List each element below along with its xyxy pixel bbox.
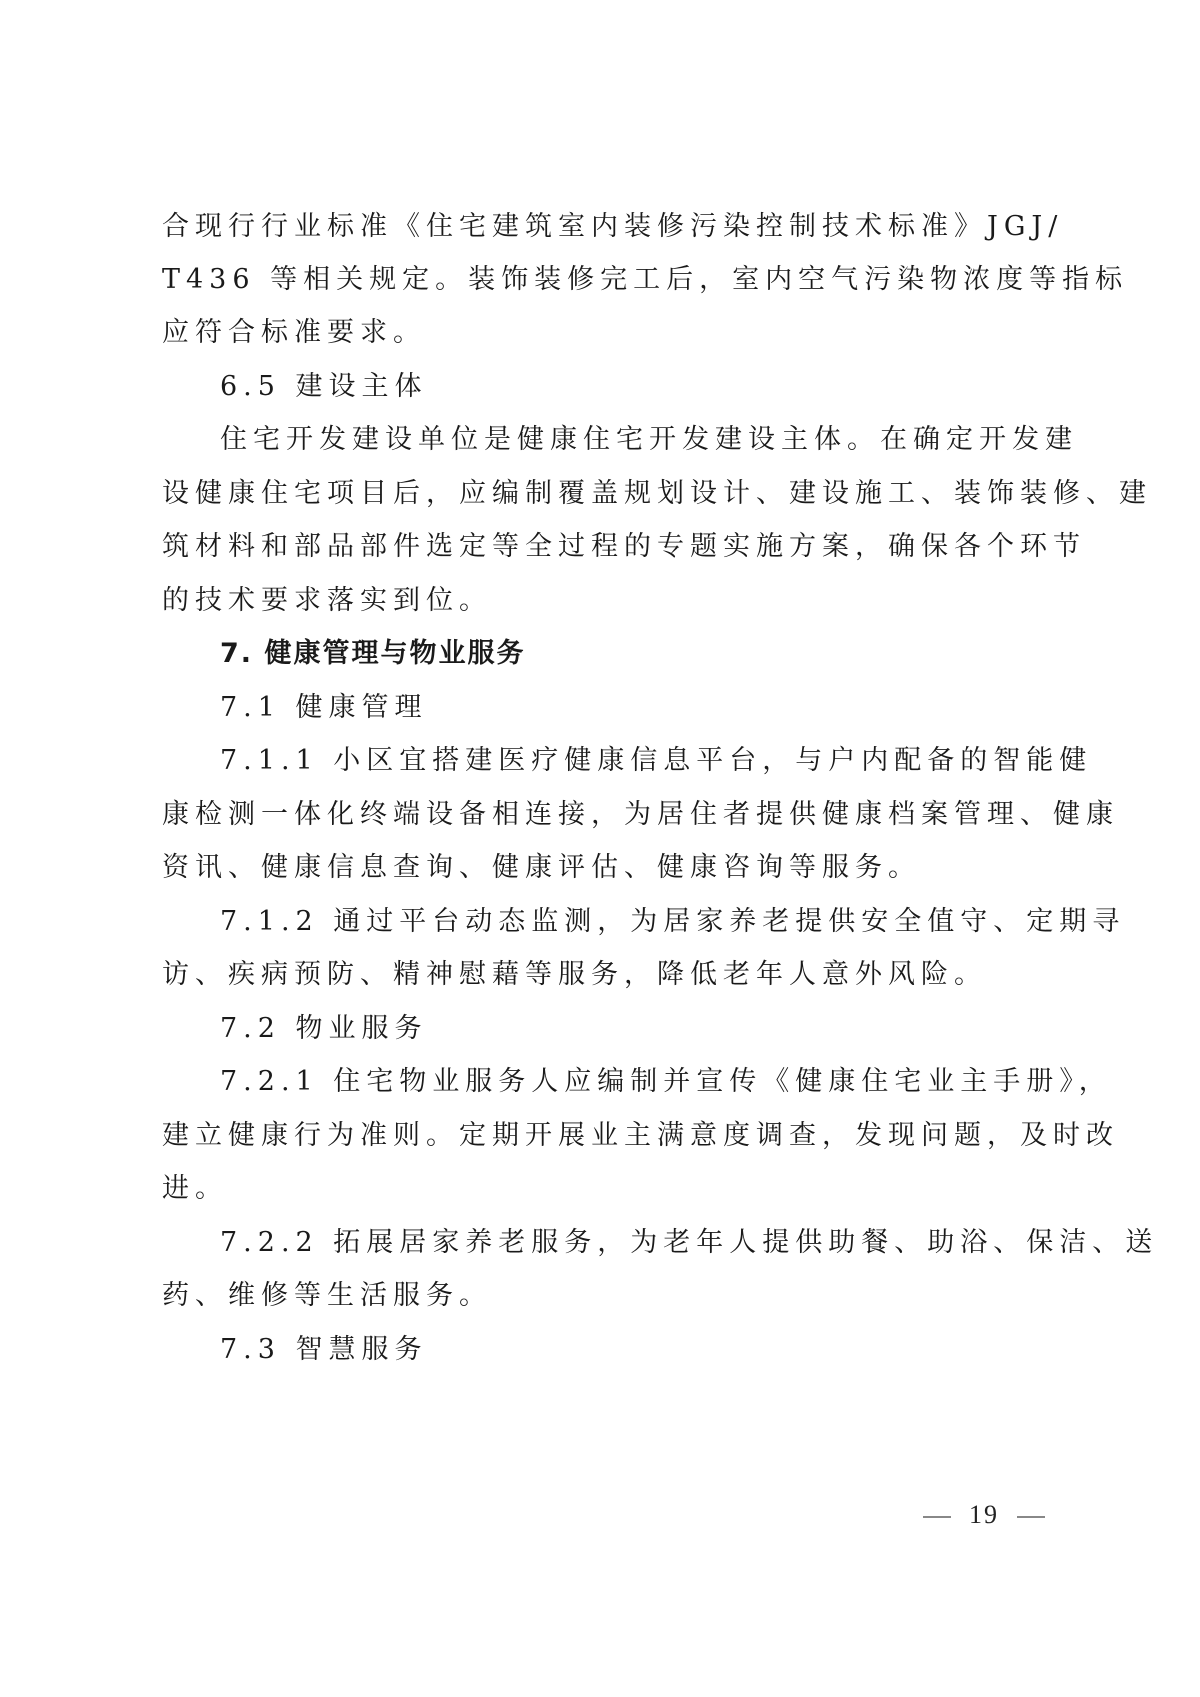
section-heading-7-2: 7.2 物业服务: [220, 1009, 428, 1049]
chapter-heading-7: 7. 健康管理与物业服务: [220, 634, 525, 674]
body-text-line: 建立健康行为准则。定期开展业主满意度调查，发现问题，及时改: [162, 1116, 1119, 1156]
body-text-line: 设健康住宅项目后，应编制覆盖规划设计、建设施工、装饰装修、建: [162, 474, 1152, 514]
page-number: 19: [969, 1500, 999, 1529]
dash-left: [923, 1516, 951, 1518]
body-text-line: 应符合标准要求。: [162, 313, 426, 353]
body-text-line: T436 等相关规定。装饰装修完工后，室内空气污染物浓度等指标: [162, 260, 1128, 300]
body-text-line: 合现行行业标准《住宅建筑室内装修污染控制技术标准》JGJ/: [162, 207, 1063, 247]
section-heading-7-1: 7.1 健康管理: [220, 688, 428, 728]
body-text-line: 住宅开发建设单位是健康住宅开发建设主体。在确定开发建: [220, 420, 1078, 460]
section-heading-7-3: 7.3 智慧服务: [220, 1330, 428, 1370]
body-text-line: 进。: [162, 1169, 228, 1209]
body-text-line: 访、疾病预防、精神慰藉等服务，降低老年人意外风险。: [162, 955, 987, 995]
body-text-line: 资讯、健康信息查询、健康评估、健康咨询等服务。: [162, 848, 921, 888]
body-text-line: 药、维修等生活服务。: [162, 1276, 492, 1316]
page-footer: 19: [905, 1500, 1063, 1530]
dash-right: [1017, 1516, 1045, 1518]
body-text-line: 康检测一体化终端设备相连接，为居住者提供健康档案管理、健康: [162, 795, 1119, 835]
body-text-line: 7.1.1 小区宜搭建医疗健康信息平台，与户内配备的智能健: [220, 741, 1092, 781]
body-text-line: 7.2.1 住宅物业服务人应编制并宣传《健康住宅业主手册》，: [220, 1062, 1112, 1102]
body-text-line: 的技术要求落实到位。: [162, 581, 492, 621]
body-text-line: 7.2.2 拓展居家养老服务，为老年人提供助餐、助浴、保洁、送: [220, 1223, 1158, 1263]
body-text-line: 7.1.2 通过平台动态监测，为居家养老提供安全值守、定期寻: [220, 902, 1125, 942]
body-text-line: 筑材料和部品部件选定等全过程的专题实施方案，确保各个环节: [162, 527, 1086, 567]
section-heading-6-5: 6.5 建设主体: [220, 367, 428, 407]
